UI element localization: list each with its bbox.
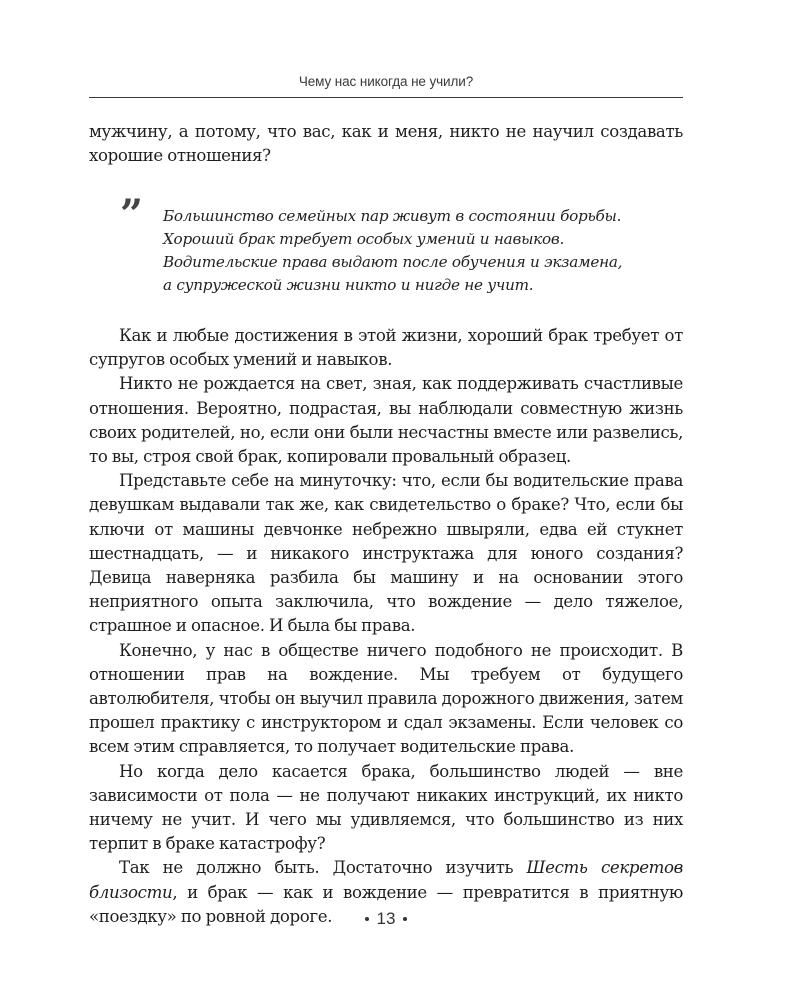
body-paragraph: Конечно, у нас в обществе ничего подобно… (89, 639, 683, 760)
page-number: 13 (377, 909, 396, 928)
body-paragraph: Как и любые достижения в этой жизни, хор… (89, 324, 683, 372)
paragraph-text: Так не должно быть. Достаточно изучить (119, 858, 527, 877)
bullet-dot-icon (365, 917, 369, 921)
pull-quote-line: Хороший брак требует особых умений и нав… (163, 228, 688, 251)
continuation-block: мужчину, а потому, что вас, как и меня, … (89, 120, 683, 168)
book-page: Чему нас никогда не учили? мужчину, а по… (89, 0, 683, 1000)
body-paragraph: Представьте себе на минуточку: что, если… (89, 469, 683, 638)
bullet-dot-icon (403, 917, 407, 921)
pull-quote-text: Большинство семейных пар живут в состоян… (163, 205, 688, 297)
body-paragraph: Но когда дело касается брака, большинств… (89, 760, 683, 857)
main-text-block: Как и любые достижения в этой жизни, хор… (89, 324, 683, 929)
running-header-title: Чему нас никогда не учили? (89, 74, 683, 89)
closing-quote-icon: ” (120, 195, 139, 235)
header-rule-divider (89, 97, 683, 98)
page-number-footer: 13 (89, 909, 683, 929)
pull-quote-line: а супружеской жизни никто и нигде не учи… (163, 274, 688, 297)
pull-quote-line: Водительские права выдают после обучения… (163, 251, 688, 274)
pull-quote: ” Большинство семейных пар живут в состо… (89, 205, 683, 295)
pull-quote-line: Большинство семейных пар живут в состоян… (163, 205, 688, 228)
body-paragraph: Никто не рождается на свет, зная, как по… (89, 372, 683, 469)
continuation-paragraph: мужчину, а потому, что вас, как и меня, … (89, 120, 683, 168)
